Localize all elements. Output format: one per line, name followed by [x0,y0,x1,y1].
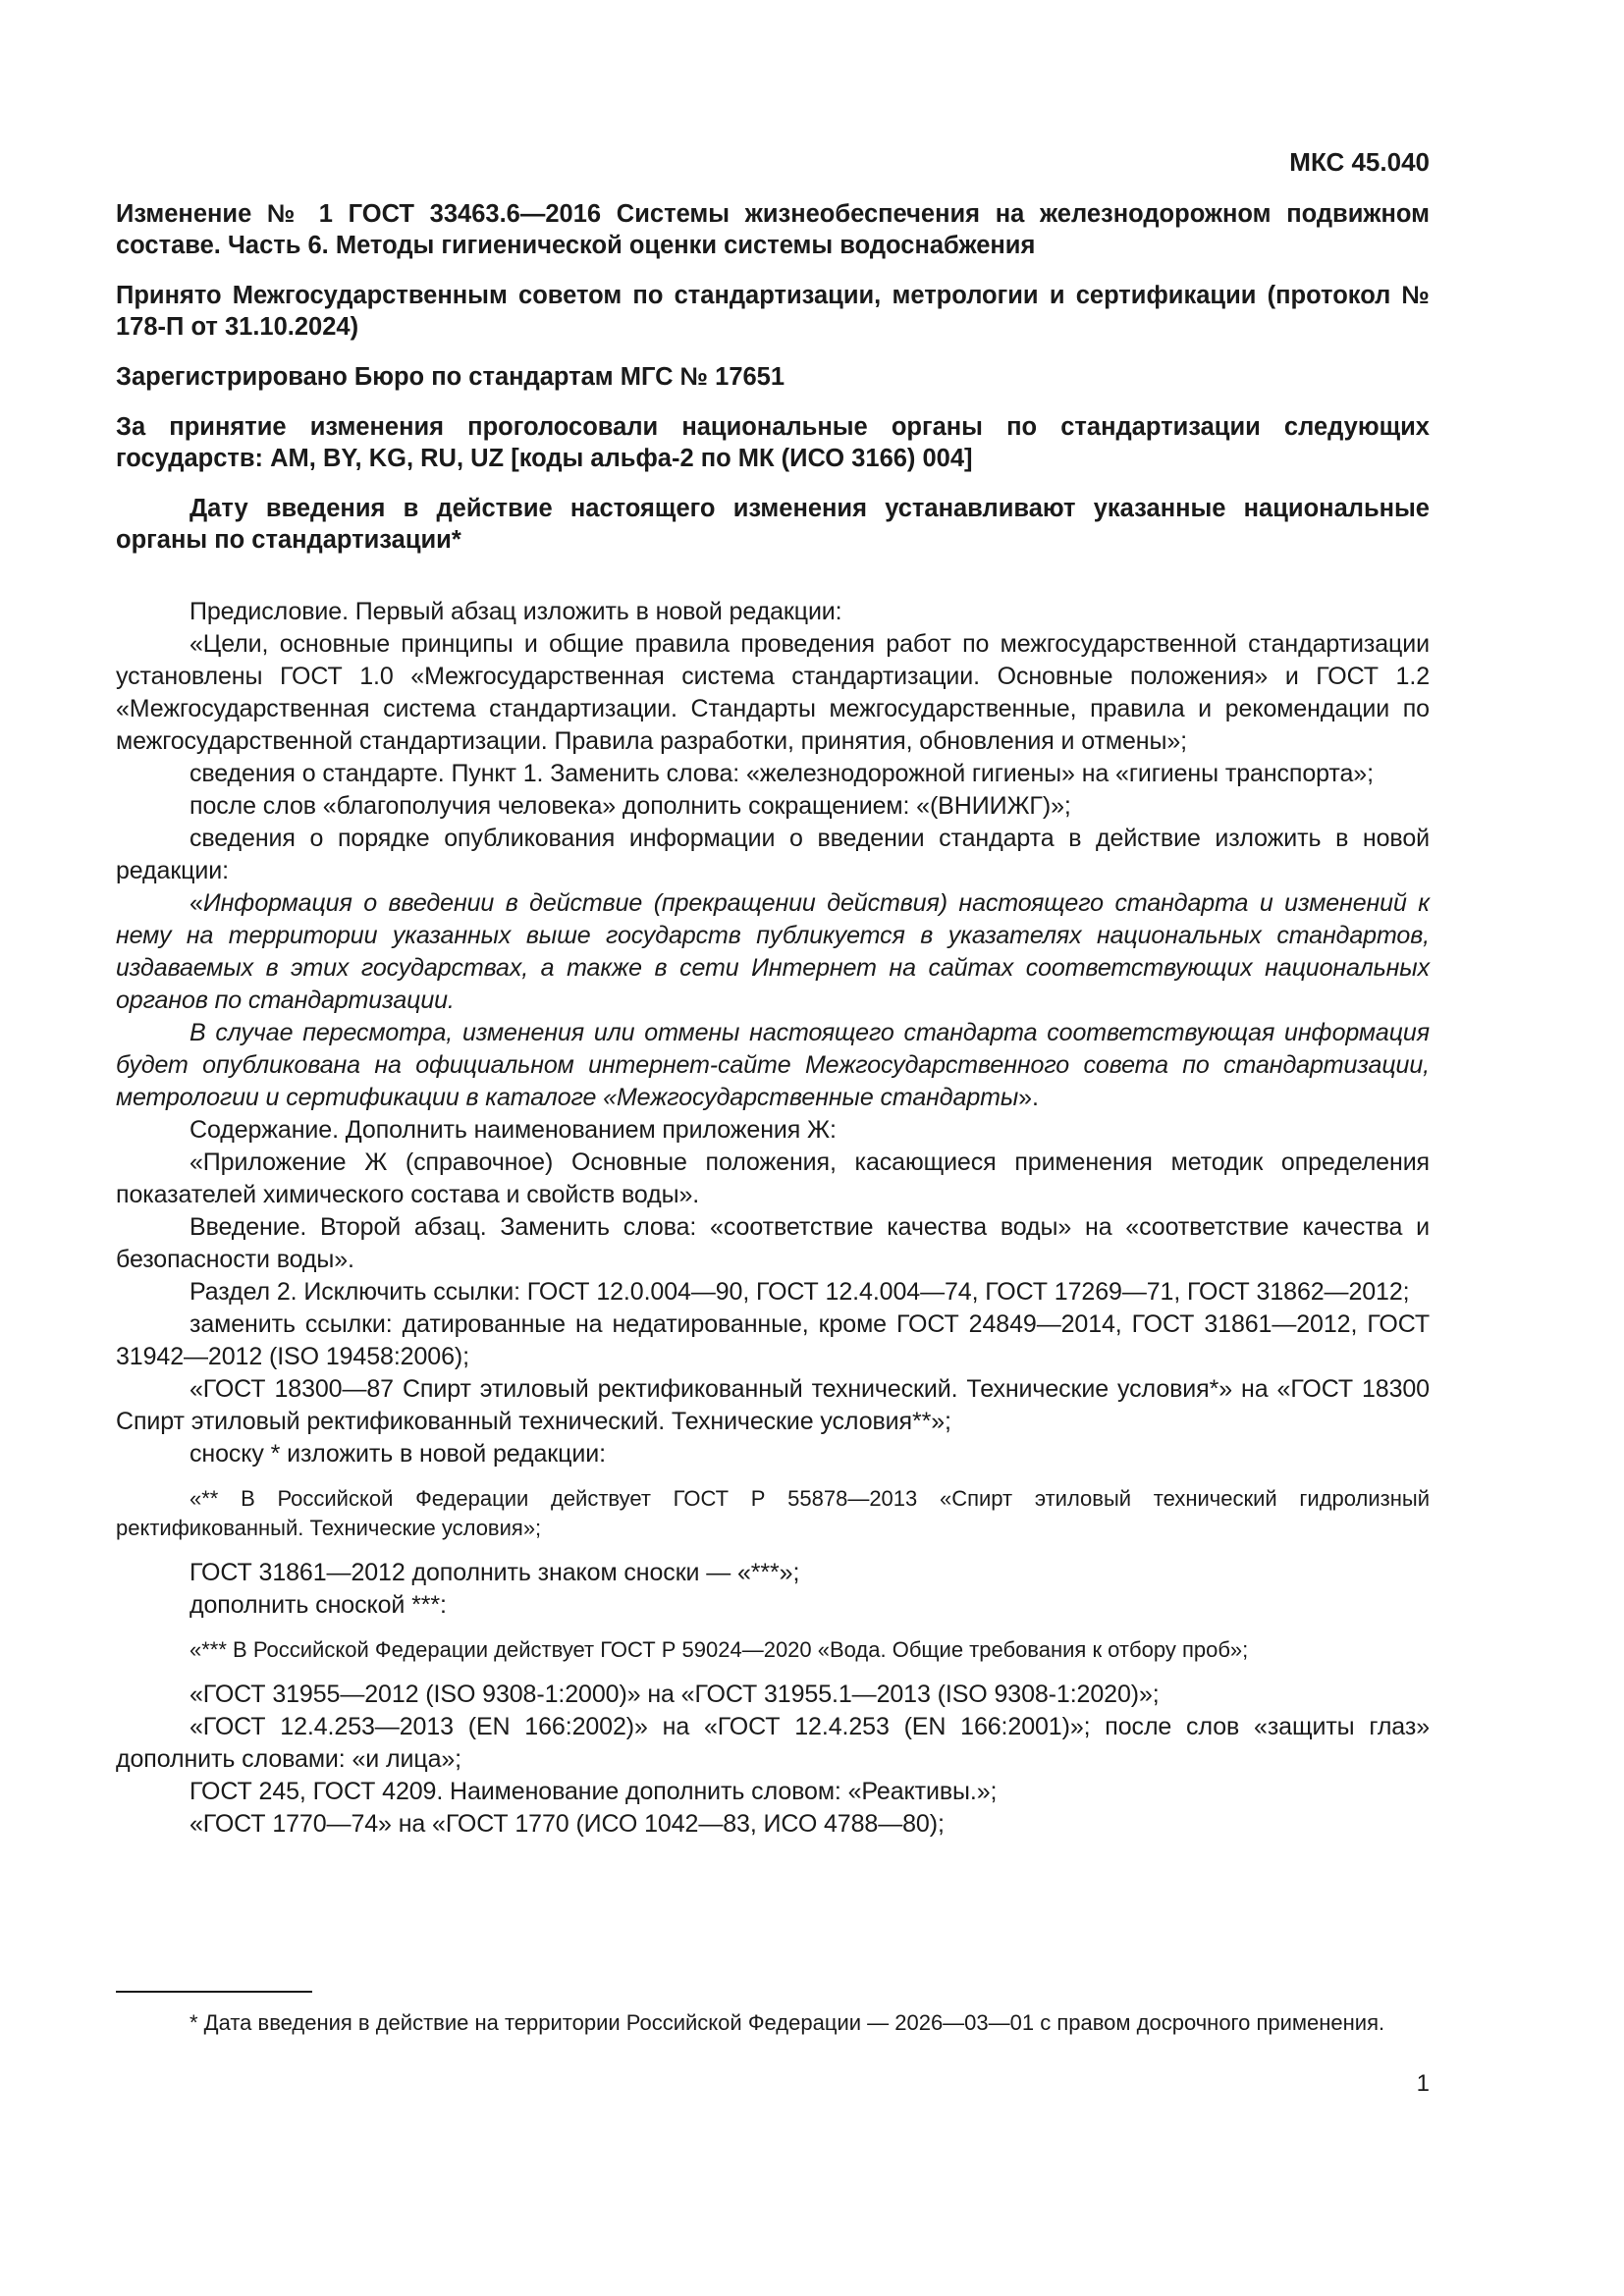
amendment-body: Предисловие. Первый абзац изложить в нов… [116,596,1430,1841]
paragraph: сведения о стандарте. Пункт 1. Заменить … [116,758,1430,790]
paragraph: «Цели, основные принципы и общие правила… [116,628,1430,758]
paragraph: Содержание. Дополнить наименованием прил… [116,1114,1430,1147]
paragraph-quoted: В случае пересмотра, изменения или отмен… [116,1017,1430,1114]
paragraph: ГОСТ 31861—2012 дополнить знаком сноски … [116,1557,1430,1589]
paragraph: Раздел 2. Исключить ссылки: ГОСТ 12.0.00… [116,1276,1430,1308]
inline-footnote-text: «** В Российской Федерации действует ГОС… [116,1484,1430,1543]
adopted-by: Принято Межгосударственным советом по ст… [116,280,1430,343]
amendment-header: Изменение № 1 ГОСТ 33463.6—2016 Системы … [116,198,1430,574]
footnote-separator [116,1991,312,1993]
amendment-title: Изменение № 1 ГОСТ 33463.6—2016 Системы … [116,198,1430,261]
paragraph: «Приложение Ж (справочное) Основные поло… [116,1147,1430,1211]
classifier-code: МКС 45.040 [1289,147,1430,177]
paragraph: заменить ссылки: датированные на недатир… [116,1308,1430,1373]
paragraph: сведения о порядке опубликования информа… [116,823,1430,887]
paragraph: «ГОСТ 18300—87 Спирт этиловый ректификов… [116,1373,1430,1438]
paragraph: сноску * изложить в новой редакции: [116,1438,1430,1470]
paragraph: дополнить сноской ***: [116,1589,1430,1622]
paragraph: Предисловие. Первый абзац изложить в нов… [116,596,1430,628]
inline-footnote-text: «*** В Российской Федерации действует ГО… [116,1635,1430,1665]
paragraph: «ГОСТ 12.4.253—2013 (EN 166:2002)» на «Г… [116,1711,1430,1776]
effective-date-note: Дату введения в действие настоящего изме… [116,493,1430,556]
page-number: 1 [1417,2069,1430,2099]
registration-info: Зарегистрировано Бюро по стандартам МГС … [116,361,1430,393]
paragraph: «ГОСТ 31955—2012 (ISO 9308-1:2000)» на «… [116,1679,1430,1711]
paragraph: после слов «благополучия человека» допол… [116,790,1430,823]
quote-mark: « [189,889,203,917]
paragraph: Введение. Второй абзац. Заменить слова: … [116,1211,1430,1276]
paragraph-quoted: «Информация о введении в действие (прекр… [116,887,1430,1017]
page-footnote: * Дата введения в действие на территории… [116,2008,1430,2038]
italic-text: Информация о введении в действие (прекра… [116,889,1430,1014]
paragraph: «ГОСТ 1770—74» на «ГОСТ 1770 (ИСО 1042—8… [116,1808,1430,1841]
paragraph: ГОСТ 245, ГОСТ 4209. Наименование дополн… [116,1776,1430,1808]
quote-mark: ». [1018,1084,1039,1111]
footnote-text: * Дата введения в действие на территории… [116,2008,1430,2038]
italic-text: В случае пересмотра, изменения или отмен… [116,1019,1430,1111]
voting-states: За принятие изменения проголосовали наци… [116,411,1430,474]
